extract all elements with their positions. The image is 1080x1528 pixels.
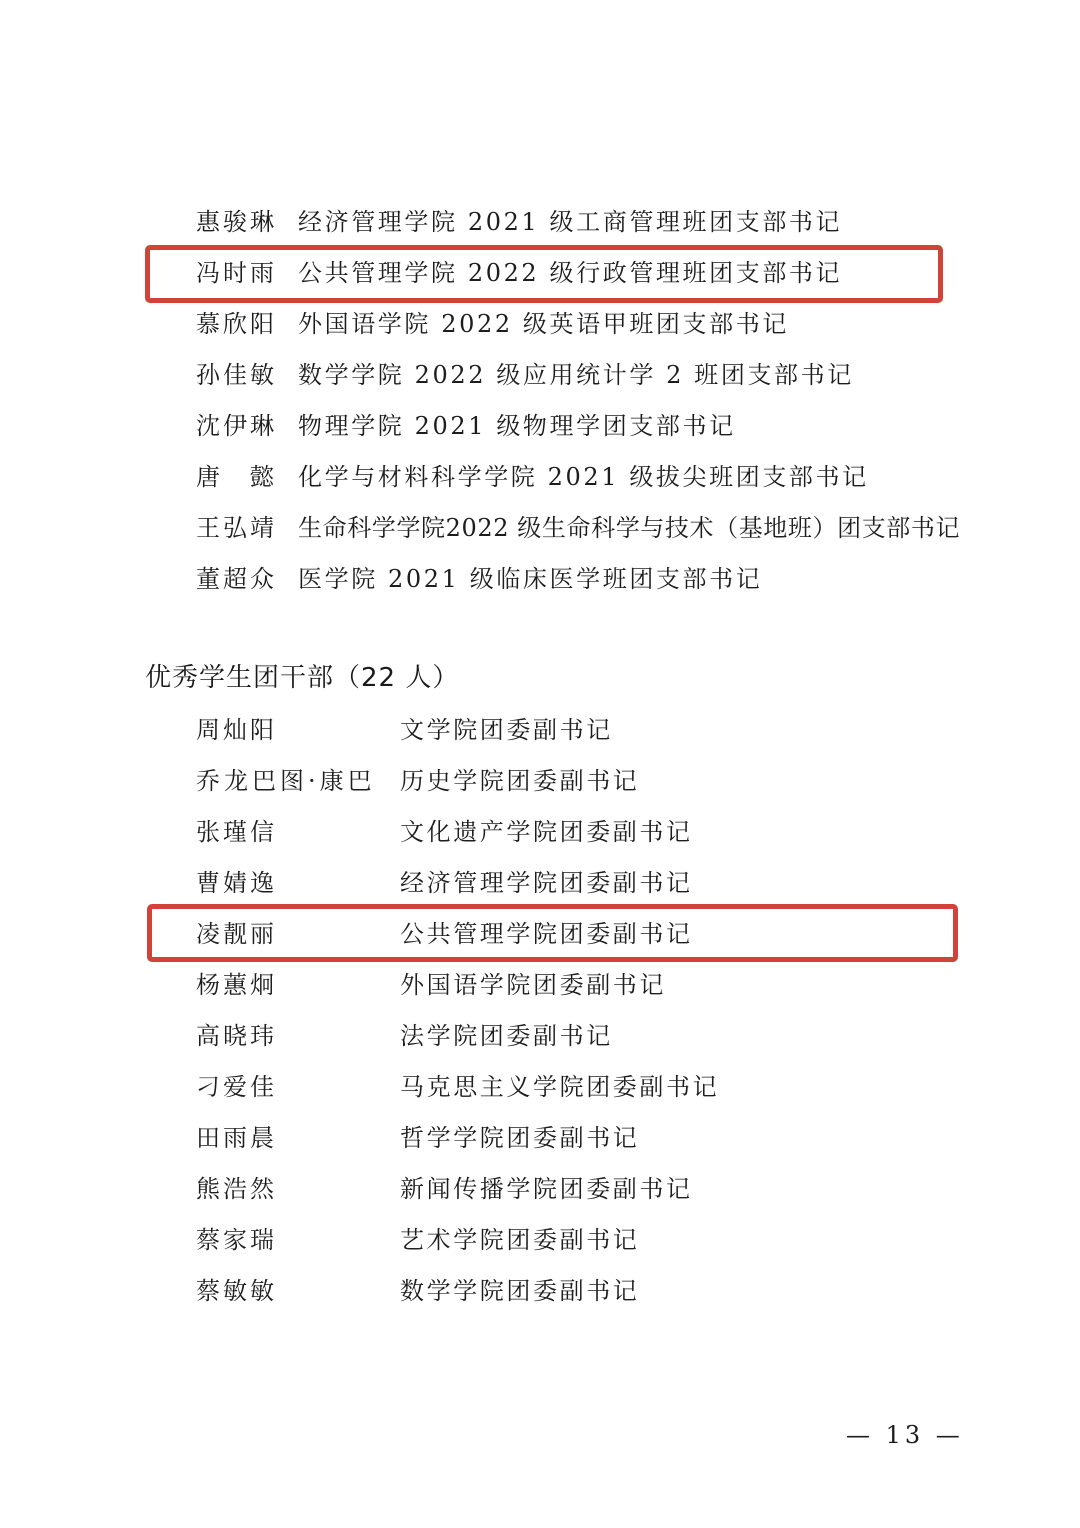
person-name: 沈伊琳 xyxy=(196,406,277,446)
person-name: 唐 懿 xyxy=(196,457,277,497)
position-description: 文化遗产学院团委副书记 xyxy=(400,812,693,852)
position-description: 外国语学院团委副书记 xyxy=(400,965,666,1005)
person-name: 周灿阳 xyxy=(196,710,277,750)
person-name: 蔡家瑞 xyxy=(196,1220,277,1260)
position-description: 马克思主义学院团委副书记 xyxy=(400,1067,719,1107)
person-name: 王弘靖 xyxy=(196,508,277,548)
position-description: 文学院团委副书记 xyxy=(400,710,613,750)
position-description: 哲学学院团委副书记 xyxy=(400,1118,639,1158)
person-name: 慕欣阳 xyxy=(196,304,277,344)
page-number: — 13 — xyxy=(846,1418,964,1452)
person-name: 曹婧逸 xyxy=(196,863,277,903)
position-description: 经济管理学院团委副书记 xyxy=(400,863,693,903)
position-description: 公共管理学院团委副书记 xyxy=(400,914,693,954)
position-description: 法学院团委副书记 xyxy=(400,1016,613,1056)
position-description: 物理学院 2021 级物理学团支部书记 xyxy=(298,406,736,446)
position-description: 新闻传播学院团委副书记 xyxy=(400,1169,693,1209)
position-description: 化学与材料科学学院 2021 级拔尖班团支部书记 xyxy=(298,457,869,497)
section-heading: 优秀学生团干部（22 人） xyxy=(145,658,459,698)
person-name: 董超众 xyxy=(196,559,277,599)
person-name: 田雨晨 xyxy=(196,1118,277,1158)
position-description: 生命科学学院2022 级生命科学与技术（基地班）团支部书记 xyxy=(298,508,960,548)
person-name: 蔡敏敏 xyxy=(196,1271,277,1311)
person-name: 刁爱佳 xyxy=(196,1067,277,1107)
position-description: 医学院 2021 级临床医学班团支部书记 xyxy=(298,559,762,599)
position-description: 数学学院 2022 级应用统计学 2 班团支部书记 xyxy=(298,355,854,395)
person-name: 张瑾信 xyxy=(196,812,277,852)
position-description: 历史学院团委副书记 xyxy=(400,761,639,801)
position-description: 经济管理学院 2021 级工商管理班团支部书记 xyxy=(298,202,842,242)
position-description: 外国语学院 2022 级英语甲班团支部书记 xyxy=(298,304,789,344)
position-description: 公共管理学院 2022 级行政管理班团支部书记 xyxy=(298,253,842,293)
person-name: 杨蕙炯 xyxy=(196,965,277,1005)
person-name: 凌靓丽 xyxy=(196,914,277,954)
position-description: 数学学院团委副书记 xyxy=(400,1271,639,1311)
person-name: 惠骏琳 xyxy=(196,202,277,242)
person-name: 冯时雨 xyxy=(196,253,277,293)
person-name: 高晓玮 xyxy=(196,1016,277,1056)
person-name: 孙佳敏 xyxy=(196,355,277,395)
position-description: 艺术学院团委副书记 xyxy=(400,1220,639,1260)
person-name: 熊浩然 xyxy=(196,1169,277,1209)
person-name: 乔龙巴图·康巴 xyxy=(196,761,376,801)
